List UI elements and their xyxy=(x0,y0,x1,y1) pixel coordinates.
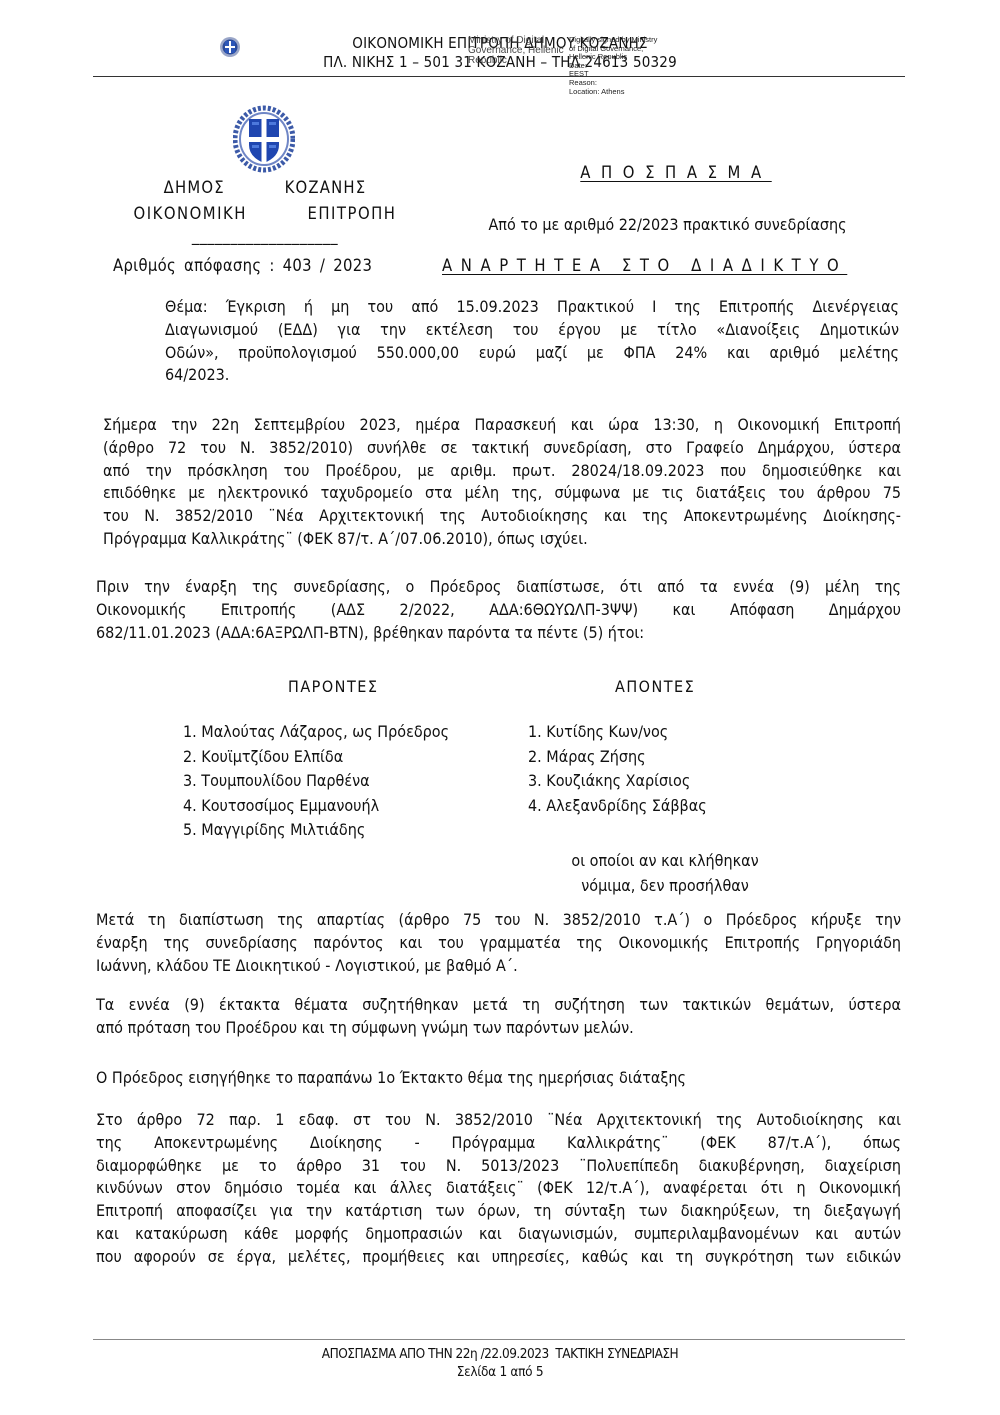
absent-heading: ΑΠΟΝΤΕΣ xyxy=(615,677,695,696)
present-members-list: 1. Μαλούτας Λάζαρος, ως Πρόεδρος 2. Κουϊ… xyxy=(183,720,503,843)
text-line: κινδύνων στον δημόσιο τομέα και άλλες δι… xyxy=(96,1177,901,1200)
text-line: από την πρόσκληση του Προέδρου, με αριθμ… xyxy=(96,460,901,483)
text-line: 64/2023. xyxy=(165,364,899,387)
text-line: (άρθρο 72 του Ν. 3852/2010) συνήλθε σε τ… xyxy=(96,437,901,460)
text-line: από πρόταση του Προέδρου και τη σύμφωνη … xyxy=(96,1017,901,1040)
text-line: Σήμερα την 22η Σεπτεμβρίου 2023, ημέρα Π… xyxy=(96,414,901,437)
text-line: διαμορφώθηκε με το άρθρο 31 του Ν. 5013/… xyxy=(96,1155,901,1178)
list-item: 1. Μαλούτας Λάζαρος, ως Πρόεδρος xyxy=(183,720,503,745)
signature-line: Location: Athens xyxy=(569,88,679,97)
text-line: Πρόγραμμα Καλλικράτης¨ (ΦΕΚ 87/τ. Α΄/07.… xyxy=(96,528,901,551)
digital-signature-details: Digitally signed by Ministry of Digital … xyxy=(569,36,679,96)
present-heading: ΠΑΡΟΝΤΕΣ xyxy=(288,677,378,696)
text-line: νόμιμα, δεν προσήλθαν xyxy=(540,874,790,899)
session-opening-paragraph: Μετά τη διαπίστωση της απαρτίας (άρθρο 7… xyxy=(96,909,901,977)
text-line: Επιτροπή αποφασίζει για την κατάρτιση τω… xyxy=(96,1200,901,1223)
list-item: 2. Κουϊμτζίδου Ελπίδα xyxy=(183,745,503,770)
text-line: Διαγωνισμού (ΕΔΔ) για την εκτέλεση του έ… xyxy=(165,319,899,342)
text-line: έναρξη της συνεδρίασης παρόντος και του … xyxy=(96,932,901,955)
text-line: 682/11.01.2023 (ΑΔΑ:6ΑΞΡΩΛΠ-ΒΤΝ), βρέθηκ… xyxy=(96,622,901,645)
quorum-paragraph: Πριν την έναρξη της συνεδρίασης, ο Πρόεδ… xyxy=(96,576,901,644)
extraordinary-topics-paragraph: Τα εννέα (9) έκτακτα θέματα συζητήθηκαν … xyxy=(96,994,901,1040)
subject-paragraph: Θέμα: Έγκριση ή μη του από 15.09.2023 Πρ… xyxy=(165,296,899,387)
list-item: 4. Κουτσοσίμος Εμμανουήλ xyxy=(183,794,503,819)
absent-members-list: 1. Κυτίδης Κων/νος 2. Μάρας Ζήσης 3. Κου… xyxy=(528,720,788,818)
decision-label: Αριθμός απόφασης : xyxy=(113,256,275,275)
text-line: και κατακύρωση κάθε μορφής δημοπρασιών κ… xyxy=(96,1223,901,1246)
text-line: Οδών», προϋπολογισμού 550.000,00 ευρώ μα… xyxy=(165,342,899,365)
text-line: του Ν. 3852/2010 ¨Νέα Αρχιτεκτονική της … xyxy=(96,505,901,528)
text-line: Πριν την έναρξη της συνεδρίασης, ο Πρόεδ… xyxy=(96,576,901,599)
text-line: Ιωάννη, κλάδου ΤΕ Διοικητικού - Λογιστικ… xyxy=(96,955,901,978)
meeting-intro-paragraph: Σήμερα την 22η Σεπτεμβρίου 2023, ημέρα Π… xyxy=(96,414,901,551)
municipality-name: ΔΗΜΟΣ ΚΟΖΑΝΗΣ xyxy=(130,178,400,197)
text-line: Ο Πρόεδρος εισηγήθηκε το παραπάνω 1ο Έκτ… xyxy=(96,1067,901,1090)
list-item: 3. Κουζιάκης Χαρίσιος xyxy=(528,769,788,794)
separator-dashes: ___________________ xyxy=(130,226,400,245)
text-line: Τα εννέα (9) έκτακτα θέματα συζητήθηκαν … xyxy=(96,994,901,1017)
list-item: 2. Μάρας Ζήσης xyxy=(528,745,788,770)
committee-name: ΟΙΚΟΝΟΜΙΚΗ ΕΠΙΤΡΟΠΗ xyxy=(120,204,410,223)
list-item: 1. Κυτίδης Κων/νος xyxy=(528,720,788,745)
list-item: 3. Τουμπουλίδου Παρθένα xyxy=(183,769,503,794)
text-line: Οικονομικής Επιτροπής (ΑΔΣ 2/2022, ΑΔΑ:6… xyxy=(96,599,901,622)
publish-notice: ΑΝΑΡΤΗΤΕΑ ΣΤΟ ΔΙΑΔΙΚΤΥΟ xyxy=(442,256,894,275)
footer-title: ΑΠΟΣΠΑΣΜΑ ΑΠΟ ΤΗΝ 22η /22.09.2023 ΤΑΚΤΙΚ… xyxy=(200,1346,800,1362)
minutes-reference: Από το με αριθμό 22/2023 πρακτικό συνεδρ… xyxy=(455,215,880,234)
decision-number: Αριθμός απόφασης : 403 / 2023 xyxy=(113,256,423,275)
text-line: οι οποίοι αν και κλήθηκαν xyxy=(540,849,790,874)
legal-basis-paragraph: Στο άρθρο 72 παρ. 1 εδαφ. στ του Ν. 3852… xyxy=(96,1109,901,1269)
digital-signature-name: Ministry of Digital Governance, Hellenic… xyxy=(468,36,578,66)
page-number: Σελίδα 1 από 5 xyxy=(200,1364,800,1380)
text-line: Θέμα: Έγκριση ή μη του από 15.09.2023 Πρ… xyxy=(165,296,899,319)
absent-note: οι οποίοι αν και κλήθηκαν νόμιμα, δεν πρ… xyxy=(540,849,790,898)
header-emblem-icon xyxy=(219,36,241,58)
document-title: ΑΠΟΣΠΑΣΜΑ xyxy=(556,163,796,182)
text-line: Στο άρθρο 72 παρ. 1 εδαφ. στ του Ν. 3852… xyxy=(96,1109,901,1132)
text-line: Μετά τη διαπίστωση της απαρτίας (άρθρο 7… xyxy=(96,909,901,932)
footer-divider xyxy=(93,1339,905,1340)
list-item: 4. Αλεξανδρίδης Σάββας xyxy=(528,794,788,819)
president-proposal-paragraph: Ο Πρόεδρος εισηγήθηκε το παραπάνω 1ο Έκτ… xyxy=(96,1067,901,1090)
decision-value: 403 / 2023 xyxy=(283,256,373,275)
list-item: 5. Μαγγιρίδης Μιλτιάδης xyxy=(183,818,503,843)
header-divider xyxy=(93,76,905,77)
text-line: επιδόθηκε με ηλεκτρονικό ταχυδρομείο στα… xyxy=(96,482,901,505)
text-line: της Αποκεντρωμένης Διοίκησης - Πρόγραμμα… xyxy=(96,1132,901,1155)
greek-coat-of-arms-icon xyxy=(233,105,295,177)
text-line: που αφορούν σε έργα, μελέτες, προμήθειες… xyxy=(96,1246,901,1269)
